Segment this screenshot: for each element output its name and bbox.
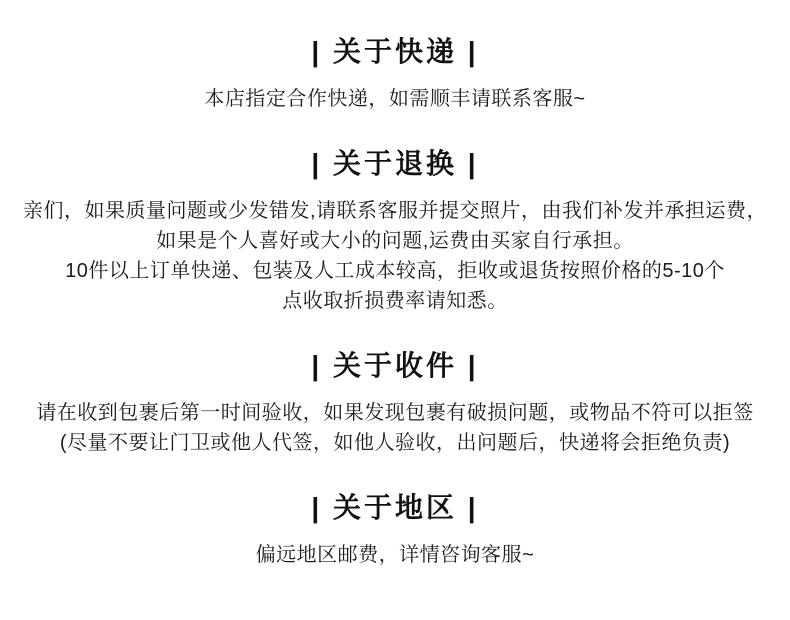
section-body-returns: 亲们，如果质量问题或少发错发,请联系客服并提交照片，由我们补发并承担运费， 如果… — [0, 196, 790, 316]
section-title-shipping: | 关于快递 | — [0, 34, 790, 70]
section-returns: | 关于退换 | 亲们，如果质量问题或少发错发,请联系客服并提交照片，由我们补发… — [0, 146, 790, 316]
section-title-returns: | 关于退换 | — [0, 146, 790, 182]
section-regions: | 关于地区 | 偏远地区邮费，详情咨询客服~ — [0, 490, 790, 570]
section-receiving: | 关于收件 | 请在收到包裹后第一时间验收，如果发现包裹有破损问题，或物品不符… — [0, 348, 790, 458]
returns-line-3: 10件以上订单快递、包装及人工成本较高，拒收或退货按照价格的5-10个 — [0, 256, 790, 286]
receiving-line-2: (尽量不要让门卫或他人代签，如他人验收，出问题后，快递将会拒绝负责) — [0, 428, 790, 458]
regions-line-1: 偏远地区邮费，详情咨询客服~ — [0, 540, 790, 570]
section-title-regions: | 关于地区 | — [0, 490, 790, 526]
section-body-regions: 偏远地区邮费，详情咨询客服~ — [0, 540, 790, 570]
section-body-shipping: 本店指定合作快递，如需顺丰请联系客服~ — [0, 84, 790, 114]
returns-line-4: 点收取折损费率请知悉。 — [0, 286, 790, 316]
section-title-receiving: | 关于收件 | — [0, 348, 790, 384]
returns-line-1: 亲们，如果质量问题或少发错发,请联系客服并提交照片，由我们补发并承担运费， — [0, 196, 790, 226]
returns-line-2: 如果是个人喜好或大小的问题,运费由买家自行承担。 — [0, 226, 790, 256]
receiving-line-1: 请在收到包裹后第一时间验收，如果发现包裹有破损问题，或物品不符可以拒签 — [0, 398, 790, 428]
section-body-receiving: 请在收到包裹后第一时间验收，如果发现包裹有破损问题，或物品不符可以拒签 (尽量不… — [0, 398, 790, 458]
section-shipping: | 关于快递 | 本店指定合作快递，如需顺丰请联系客服~ — [0, 34, 790, 114]
shipping-line-1: 本店指定合作快递，如需顺丰请联系客服~ — [0, 84, 790, 114]
store-policy-notice: | 关于快递 | 本店指定合作快递，如需顺丰请联系客服~ | 关于退换 | 亲们… — [0, 0, 790, 620]
